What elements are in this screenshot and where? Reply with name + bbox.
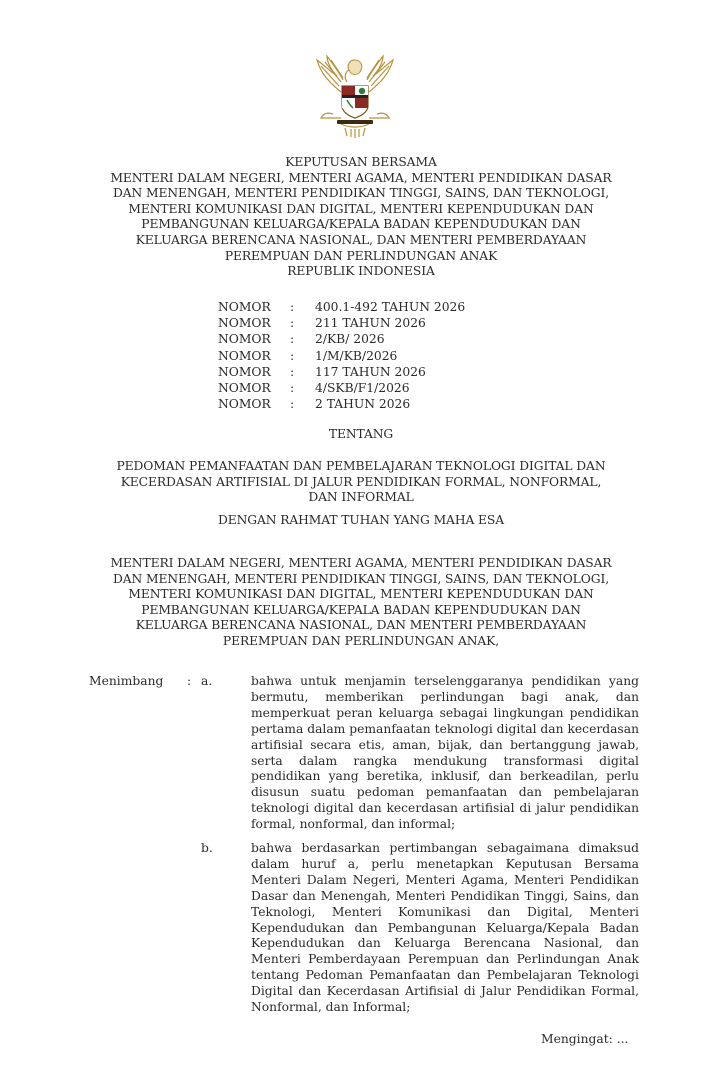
nomor-value: 2 TAHUN 2026 bbox=[315, 396, 410, 412]
nomor-label: NOMOR bbox=[218, 396, 290, 412]
ministers-line: MENTERI DALAM NEGERI, MENTERI AGAMA, MEN… bbox=[80, 556, 642, 572]
invocation: DENGAN RAHMAT TUHAN YANG MAHA ESA bbox=[80, 513, 642, 529]
nomor-value: 1/M/KB/2026 bbox=[315, 348, 397, 364]
document-page: KEPUTUSAN BERSAMA MENTERI DALAM NEGERI, … bbox=[0, 0, 702, 1080]
nomor-label: NOMOR bbox=[218, 331, 290, 347]
nomor-row: NOMOR:2/KB/ 2026 bbox=[218, 331, 465, 347]
item-letter: b. bbox=[201, 841, 213, 857]
item-text: bahwa berdasarkan pertimbangan sebagaima… bbox=[251, 841, 639, 1016]
nomor-row: NOMOR:117 TAHUN 2026 bbox=[218, 364, 465, 380]
nomor-value: 211 TAHUN 2026 bbox=[315, 315, 426, 331]
nomor-separator: : bbox=[290, 348, 315, 364]
decree-title: KEPUTUSAN BERSAMA MENTERI DALAM NEGERI, … bbox=[80, 155, 642, 280]
nomor-value: 117 TAHUN 2026 bbox=[315, 364, 426, 380]
nomor-label: NOMOR bbox=[218, 348, 290, 364]
nomor-row: NOMOR:2 TAHUN 2026 bbox=[218, 396, 465, 412]
title-line: DAN MENENGAH, MENTERI PENDIDIKAN TINGGI,… bbox=[80, 186, 642, 202]
ministers-line: MENTERI KOMUNIKASI DAN DIGITAL, MENTERI … bbox=[80, 587, 642, 603]
title-line: MENTERI DALAM NEGERI, MENTERI AGAMA, MEN… bbox=[80, 171, 642, 187]
nomor-label: NOMOR bbox=[218, 364, 290, 380]
title-line: MENTERI KOMUNIKASI DAN DIGITAL, MENTERI … bbox=[80, 202, 642, 218]
ministers-block: MENTERI DALAM NEGERI, MENTERI AGAMA, MEN… bbox=[80, 556, 642, 650]
nomor-label: NOMOR bbox=[218, 299, 290, 315]
nomor-label: NOMOR bbox=[218, 380, 290, 396]
subject-line: DAN INFORMAL bbox=[80, 490, 642, 506]
nomor-row: NOMOR:211 TAHUN 2026 bbox=[218, 315, 465, 331]
nomor-row: NOMOR:1/M/KB/2026 bbox=[218, 348, 465, 364]
nomor-row: NOMOR:4/SKB/F1/2026 bbox=[218, 380, 465, 396]
item-text: bahwa untuk menjamin terselenggaranya pe… bbox=[251, 674, 639, 833]
decree-subject: PEDOMAN PEMANFAATAN DAN PEMBELAJARAN TEK… bbox=[80, 459, 642, 506]
menimbang-separator: : bbox=[187, 674, 191, 690]
item-letter: a. bbox=[201, 674, 212, 690]
ministers-line: DAN MENENGAH, MENTERI PENDIDIKAN TINGGI,… bbox=[80, 572, 642, 588]
decree-numbers: NOMOR:400.1-492 TAHUN 2026 NOMOR:211 TAH… bbox=[218, 299, 465, 412]
ministers-line: KELUARGA BERENCANA NASIONAL, DAN MENTERI… bbox=[80, 618, 642, 634]
nomor-separator: : bbox=[290, 396, 315, 412]
ministers-line: PEMBANGUNAN KELUARGA/KEPALA BADAN KEPEND… bbox=[80, 603, 642, 619]
title-line: KELUARGA BERENCANA NASIONAL, DAN MENTERI… bbox=[80, 233, 642, 249]
garuda-pancasila-emblem-icon bbox=[311, 52, 399, 140]
menimbang-label: Menimbang bbox=[89, 674, 189, 690]
nomor-value: 2/KB/ 2026 bbox=[315, 331, 385, 347]
ministers-line: PEREMPUAN DAN PERLINDUNGAN ANAK, bbox=[80, 634, 642, 650]
continuation-note: Mengingat: ... bbox=[541, 1032, 628, 1046]
title-line: REPUBLIK INDONESIA bbox=[80, 264, 642, 280]
nomor-value: 400.1-492 TAHUN 2026 bbox=[315, 299, 465, 315]
title-line: PEMBANGUNAN KELUARGA/KEPALA BADAN KEPEND… bbox=[80, 217, 642, 233]
nomor-row: NOMOR:400.1-492 TAHUN 2026 bbox=[218, 299, 465, 315]
nomor-separator: : bbox=[290, 380, 315, 396]
tentang-heading: TENTANG bbox=[80, 427, 642, 443]
nomor-separator: : bbox=[290, 364, 315, 380]
nomor-separator: : bbox=[290, 315, 315, 331]
nomor-separator: : bbox=[290, 331, 315, 347]
nomor-separator: : bbox=[290, 299, 315, 315]
subject-line: PEDOMAN PEMANFAATAN DAN PEMBELAJARAN TEK… bbox=[80, 459, 642, 475]
title-line: PEREMPUAN DAN PERLINDUNGAN ANAK bbox=[80, 249, 642, 265]
subject-line: KECERDASAN ARTIFISIAL DI JALUR PENDIDIKA… bbox=[80, 475, 642, 491]
nomor-label: NOMOR bbox=[218, 315, 290, 331]
nomor-value: 4/SKB/F1/2026 bbox=[315, 380, 410, 396]
title-line: KEPUTUSAN BERSAMA bbox=[80, 155, 642, 171]
